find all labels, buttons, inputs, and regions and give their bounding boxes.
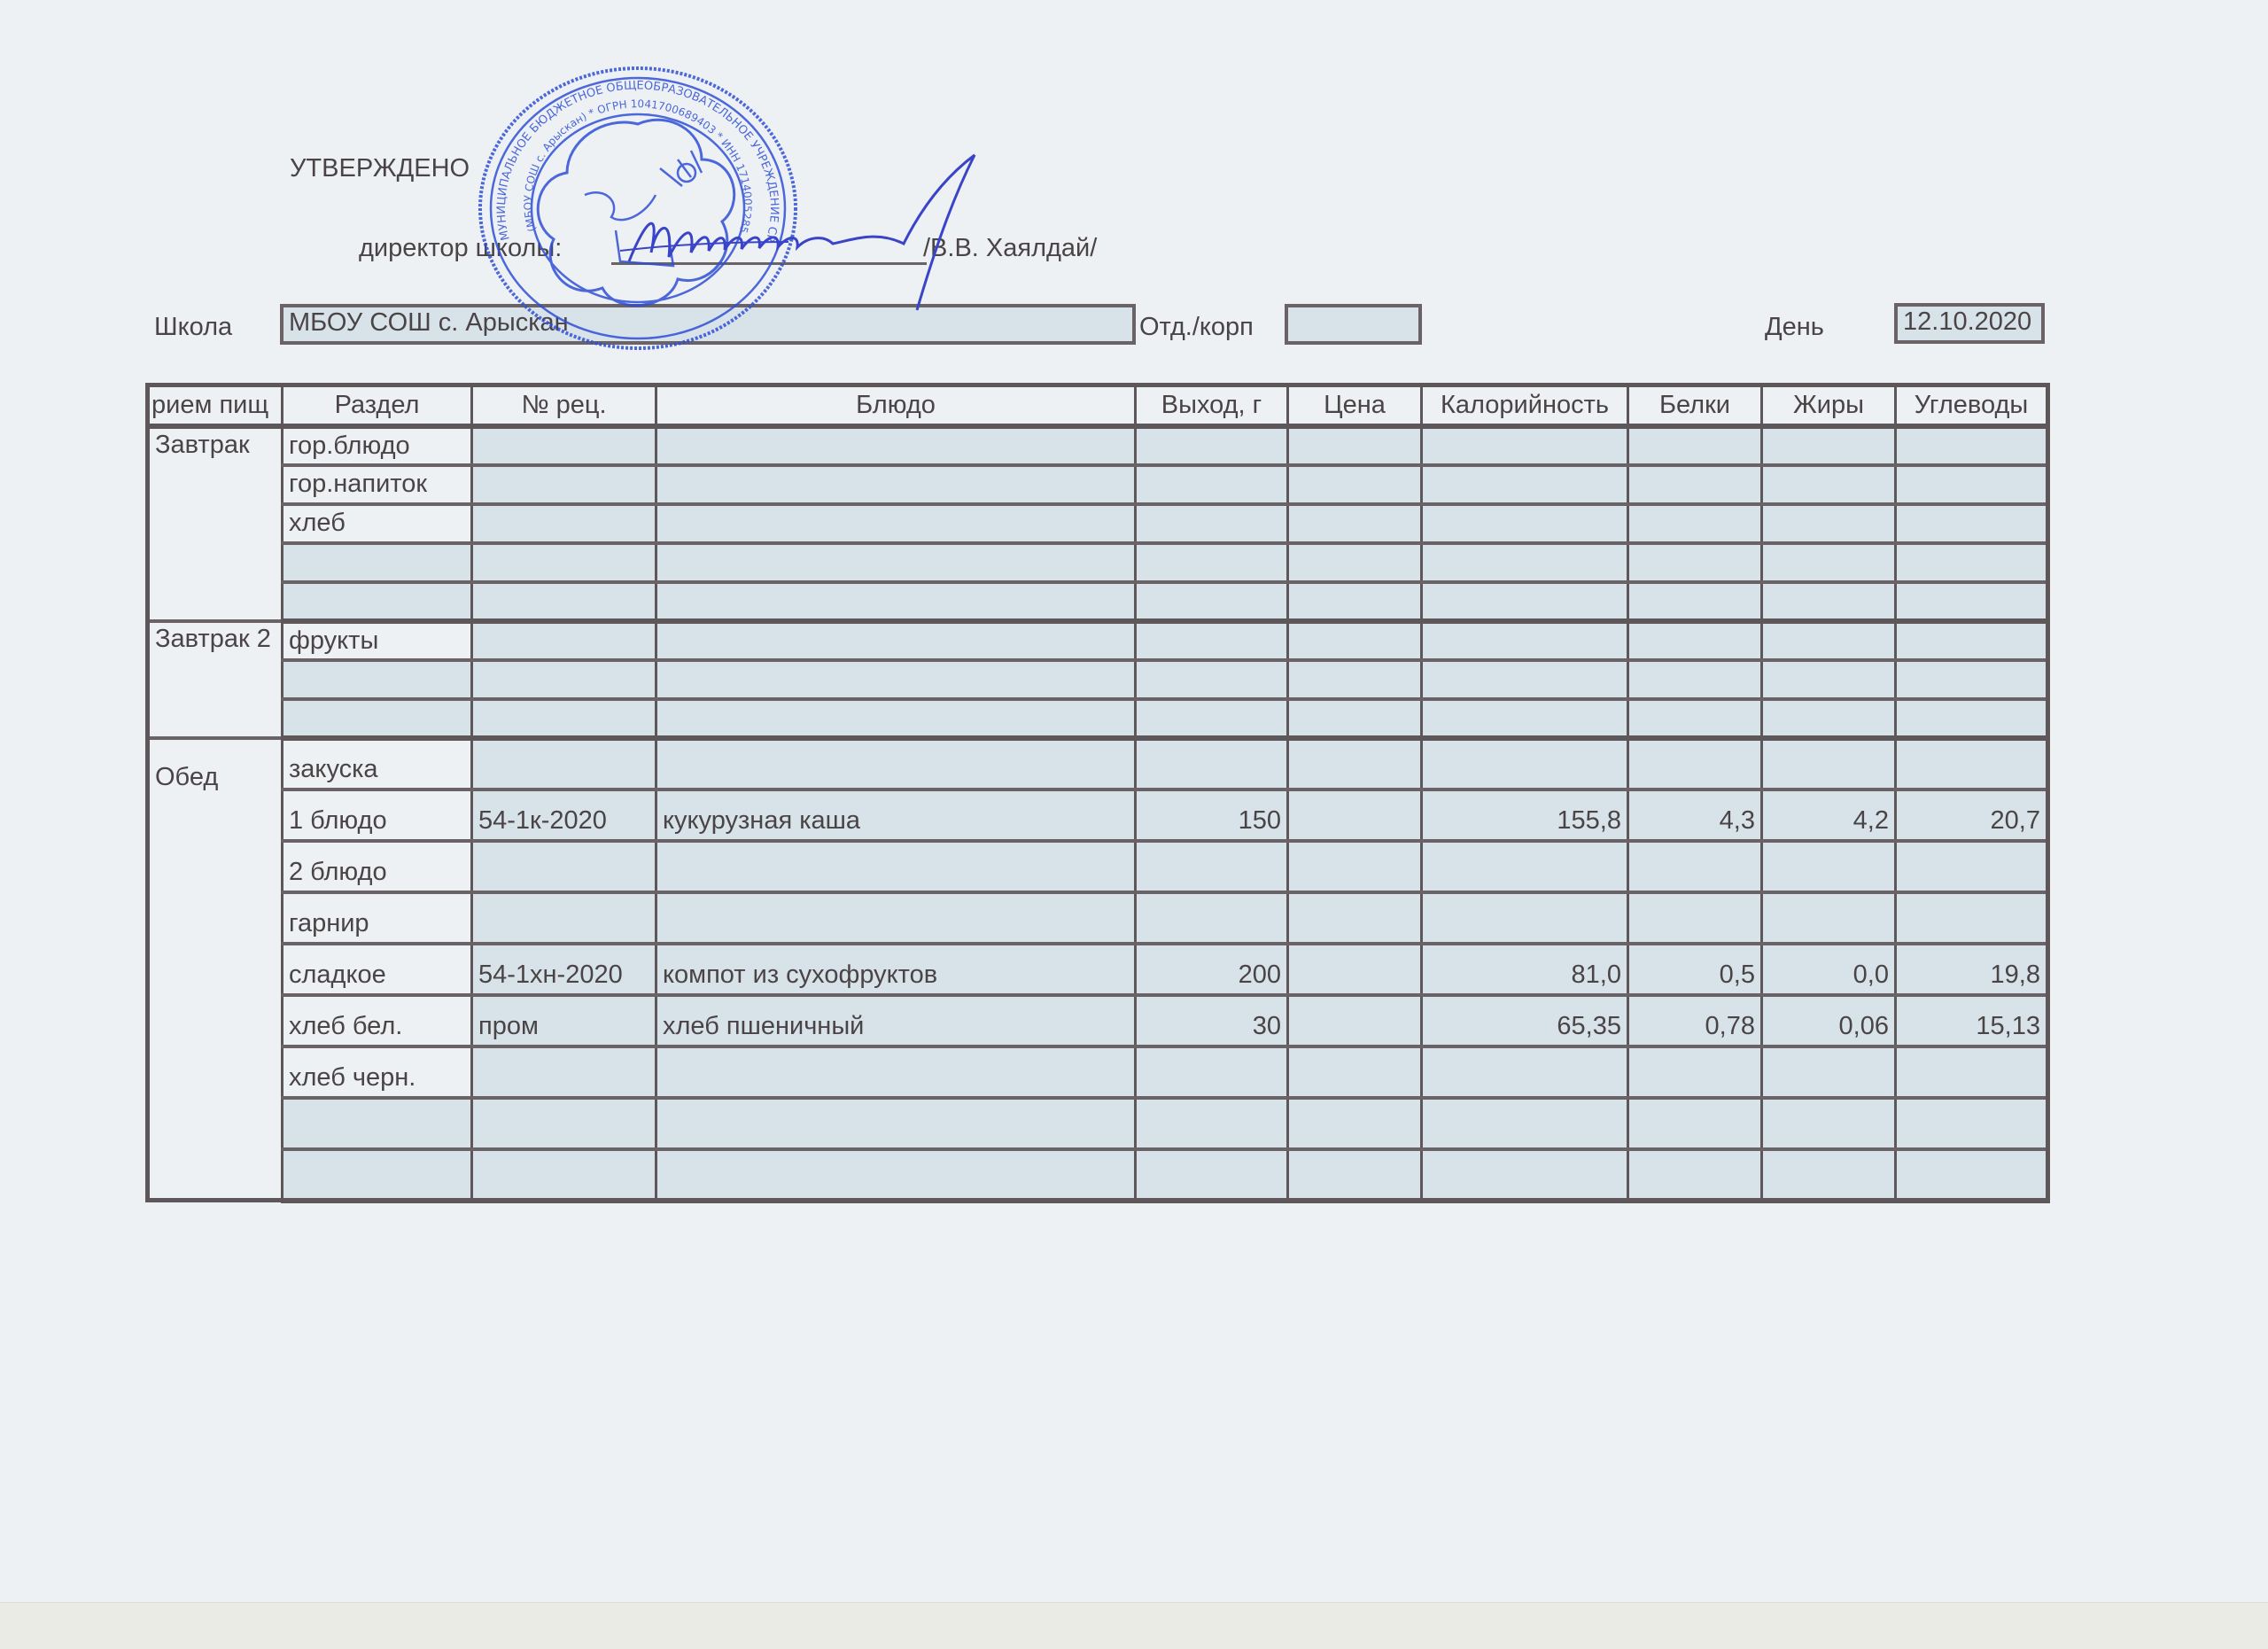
fat-cell[interactable] (1762, 738, 1896, 789)
carbs-cell[interactable]: 15,13 (1896, 995, 2048, 1046)
column-header: Калорийность (1422, 385, 1628, 426)
recipe-cell[interactable] (472, 582, 656, 621)
price-cell[interactable] (1288, 660, 1422, 699)
carbs-cell[interactable] (1896, 621, 2048, 660)
stamp-inner-text: (МБОУ СОШ с. Арыскан) * ОГРН 10417006894… (522, 97, 754, 235)
fat-cell[interactable] (1762, 1149, 1896, 1201)
recipe-cell[interactable] (472, 426, 656, 465)
price-cell[interactable] (1288, 504, 1422, 543)
protein-cell[interactable] (1628, 1046, 1762, 1098)
fat-cell[interactable]: 4,2 (1762, 789, 1896, 841)
table-header-row: рием пищРаздел№ рец.БлюдоВыход, гЦенаКал… (148, 385, 2048, 426)
yield-cell[interactable] (1136, 738, 1288, 789)
recipe-cell[interactable] (472, 841, 656, 892)
dish-cell[interactable] (656, 1149, 1136, 1201)
kcal-cell[interactable] (1422, 621, 1628, 660)
kcal-cell[interactable]: 81,0 (1422, 944, 1628, 995)
section-cell (283, 543, 472, 582)
recipe-cell[interactable] (472, 738, 656, 789)
kcal-cell[interactable] (1422, 465, 1628, 504)
section-cell: закуска (283, 738, 472, 789)
dish-cell[interactable] (656, 426, 1136, 465)
yield-cell[interactable] (1136, 621, 1288, 660)
fat-cell[interactable] (1762, 621, 1896, 660)
fat-cell[interactable] (1762, 426, 1896, 465)
kcal-cell[interactable]: 65,35 (1422, 995, 1628, 1046)
carbs-cell[interactable] (1896, 504, 2048, 543)
column-header: Углеводы (1896, 385, 2048, 426)
price-cell[interactable] (1288, 841, 1422, 892)
dish-cell[interactable] (656, 660, 1136, 699)
day-label: День (1765, 313, 1824, 342)
price-cell[interactable] (1288, 465, 1422, 504)
protein-cell[interactable] (1628, 582, 1762, 621)
yield-cell[interactable]: 150 (1136, 789, 1288, 841)
yield-cell[interactable] (1136, 426, 1288, 465)
school-field[interactable]: МБОУ СОШ с. Арыскан (280, 304, 1136, 345)
protein-cell[interactable]: 0,78 (1628, 995, 1762, 1046)
price-cell[interactable] (1288, 582, 1422, 621)
carbs-cell[interactable] (1896, 582, 2048, 621)
director-name: /В.В. Хаялдай/ (923, 234, 1097, 263)
meal-cell: Завтрак 2 (148, 621, 283, 738)
table-row: хлеб черн. (148, 1046, 2048, 1098)
kcal-cell[interactable] (1422, 738, 1628, 789)
approved-heading: УТВЕРЖДЕНО (290, 154, 470, 183)
price-cell[interactable] (1288, 1046, 1422, 1098)
fat-cell[interactable] (1762, 1098, 1896, 1149)
director-label: директор школы: (359, 234, 562, 263)
recipe-cell[interactable] (472, 621, 656, 660)
meal-cell: Обед (148, 738, 283, 1201)
table-row: 1 блюдо54-1к-2020кукурузная каша150155,8… (148, 789, 2048, 841)
table-row: гор.напиток (148, 465, 2048, 504)
dept-label: Отд./корп (1139, 313, 1254, 342)
stamp-outer-text: МУНИЦИПАЛЬНОЕ БЮДЖЕТНОЕ ОБЩЕОБРАЗОВАТЕЛЬ… (470, 62, 781, 243)
protein-cell[interactable] (1628, 1098, 1762, 1149)
table-row: гарнир (148, 892, 2048, 944)
price-cell[interactable] (1288, 1098, 1422, 1149)
kcal-cell[interactable] (1422, 660, 1628, 699)
protein-cell[interactable] (1628, 738, 1762, 789)
recipe-cell[interactable] (472, 1149, 656, 1201)
section-cell (283, 699, 472, 738)
price-cell[interactable] (1288, 892, 1422, 944)
kcal-cell[interactable] (1422, 543, 1628, 582)
yield-cell[interactable] (1136, 841, 1288, 892)
yield-cell[interactable] (1136, 582, 1288, 621)
recipe-cell[interactable] (472, 892, 656, 944)
dish-cell[interactable] (656, 699, 1136, 738)
table-row: хлеб (148, 504, 2048, 543)
protein-cell[interactable] (1628, 504, 1762, 543)
dish-cell[interactable] (656, 738, 1136, 789)
table-row: сладкое54-1хн-2020компот из сухофруктов2… (148, 944, 2048, 995)
column-header: Раздел (283, 385, 472, 426)
dish-cell[interactable] (656, 504, 1136, 543)
fat-cell[interactable] (1762, 699, 1896, 738)
recipe-cell[interactable]: пром (472, 995, 656, 1046)
section-cell: гор.напиток (283, 465, 472, 504)
carbs-cell[interactable] (1896, 426, 2048, 465)
dish-cell[interactable] (656, 465, 1136, 504)
recipe-cell[interactable] (472, 465, 656, 504)
svg-text:(МБОУ СОШ с. Арыскан) * ОГРН 1: (МБОУ СОШ с. Арыскан) * ОГРН 10417006894… (522, 97, 754, 235)
yield-cell[interactable] (1136, 543, 1288, 582)
section-cell: гор.блюдо (283, 426, 472, 465)
svg-text:МУНИЦИПАЛЬНОЕ БЮДЖЕТНОЕ ОБЩЕОБ: МУНИЦИПАЛЬНОЕ БЮДЖЕТНОЕ ОБЩЕОБРАЗОВАТЕЛЬ… (470, 62, 781, 243)
dish-cell[interactable] (656, 1046, 1136, 1098)
carbs-cell[interactable] (1896, 543, 2048, 582)
dish-cell[interactable]: кукурузная каша (656, 789, 1136, 841)
school-label: Школа (154, 313, 232, 342)
dept-field[interactable] (1285, 304, 1422, 345)
protein-cell[interactable] (1628, 1149, 1762, 1201)
kcal-cell[interactable] (1422, 841, 1628, 892)
protein-cell[interactable] (1628, 621, 1762, 660)
protein-cell[interactable]: 4,3 (1628, 789, 1762, 841)
recipe-cell[interactable] (472, 699, 656, 738)
yield-cell[interactable] (1136, 1149, 1288, 1201)
menu-table: рием пищРаздел№ рец.БлюдоВыход, гЦенаКал… (145, 383, 2050, 1203)
column-header: Блюдо (656, 385, 1136, 426)
yield-cell[interactable] (1136, 465, 1288, 504)
kcal-cell[interactable] (1422, 1046, 1628, 1098)
recipe-cell[interactable] (472, 1046, 656, 1098)
carbs-cell[interactable] (1896, 738, 2048, 789)
carbs-cell[interactable] (1896, 465, 2048, 504)
fat-cell[interactable] (1762, 841, 1896, 892)
section-cell: хлеб бел. (283, 995, 472, 1046)
fat-cell[interactable] (1762, 582, 1896, 621)
yield-cell[interactable] (1136, 504, 1288, 543)
carbs-cell[interactable] (1896, 1149, 2048, 1201)
carbs-cell[interactable] (1896, 841, 2048, 892)
recipe-cell[interactable]: 54-1хн-2020 (472, 944, 656, 995)
dish-cell[interactable] (656, 841, 1136, 892)
section-cell: 2 блюдо (283, 841, 472, 892)
yield-cell[interactable] (1136, 892, 1288, 944)
table-row (148, 1149, 2048, 1201)
fat-cell[interactable] (1762, 892, 1896, 944)
dish-cell[interactable] (656, 892, 1136, 944)
yield-cell[interactable] (1136, 699, 1288, 738)
carbs-cell[interactable] (1896, 1046, 2048, 1098)
protein-cell[interactable]: 0,5 (1628, 944, 1762, 995)
signature-icon (611, 146, 983, 315)
column-header: Белки (1628, 385, 1762, 426)
kcal-cell[interactable] (1422, 1149, 1628, 1201)
protein-cell[interactable] (1628, 543, 1762, 582)
fat-cell[interactable] (1762, 1046, 1896, 1098)
table-row (148, 699, 2048, 738)
protein-cell[interactable] (1628, 699, 1762, 738)
dish-cell[interactable] (656, 543, 1136, 582)
yield-cell[interactable]: 30 (1136, 995, 1288, 1046)
table-row: Завтракгор.блюдо (148, 426, 2048, 465)
column-header: Жиры (1762, 385, 1896, 426)
recipe-cell[interactable] (472, 1098, 656, 1149)
yield-cell[interactable] (1136, 660, 1288, 699)
meal-cell: Завтрак (148, 426, 283, 621)
carbs-cell[interactable] (1896, 892, 2048, 944)
protein-cell[interactable] (1628, 660, 1762, 699)
section-cell: хлеб черн. (283, 1046, 472, 1098)
section-cell: хлеб (283, 504, 472, 543)
table-row: хлеб бел.промхлеб пшеничный3065,350,780,… (148, 995, 2048, 1046)
table-row: Обедзакуска (148, 738, 2048, 789)
price-cell[interactable] (1288, 944, 1422, 995)
table-row (148, 1098, 2048, 1149)
fat-cell[interactable] (1762, 504, 1896, 543)
yield-cell[interactable] (1136, 1098, 1288, 1149)
section-cell (283, 660, 472, 699)
recipe-cell[interactable] (472, 504, 656, 543)
price-cell[interactable] (1288, 426, 1422, 465)
price-cell[interactable] (1288, 543, 1422, 582)
kcal-cell[interactable] (1422, 504, 1628, 543)
column-header: Цена (1288, 385, 1422, 426)
kcal-cell[interactable] (1422, 426, 1628, 465)
dish-cell[interactable]: хлеб пшеничный (656, 995, 1136, 1046)
section-cell (283, 1098, 472, 1149)
price-cell[interactable] (1288, 995, 1422, 1046)
price-cell[interactable] (1288, 738, 1422, 789)
yield-cell[interactable]: 200 (1136, 944, 1288, 995)
column-header: № рец. (472, 385, 656, 426)
table-row: Завтрак 2фрукты (148, 621, 2048, 660)
price-cell[interactable] (1288, 699, 1422, 738)
fat-cell[interactable] (1762, 465, 1896, 504)
dish-cell[interactable]: компот из сухофруктов (656, 944, 1136, 995)
section-cell: 1 блюдо (283, 789, 472, 841)
yield-cell[interactable] (1136, 1046, 1288, 1098)
kcal-cell[interactable] (1422, 892, 1628, 944)
price-cell[interactable] (1288, 621, 1422, 660)
dish-cell[interactable] (656, 621, 1136, 660)
section-cell (283, 582, 472, 621)
carbs-cell[interactable] (1896, 699, 2048, 738)
protein-cell[interactable] (1628, 892, 1762, 944)
section-cell (283, 1149, 472, 1201)
recipe-cell[interactable] (472, 543, 656, 582)
column-header: Выход, г (1136, 385, 1288, 426)
recipe-cell[interactable] (472, 660, 656, 699)
kcal-cell[interactable]: 155,8 (1422, 789, 1628, 841)
section-cell: фрукты (283, 621, 472, 660)
table-body: Завтракгор.блюдогор.напитокхлебЗавтрак 2… (148, 426, 2048, 1201)
carbs-cell[interactable]: 19,8 (1896, 944, 2048, 995)
recipe-cell[interactable]: 54-1к-2020 (472, 789, 656, 841)
protein-cell[interactable] (1628, 426, 1762, 465)
section-cell: гарнир (283, 892, 472, 944)
dish-cell[interactable] (656, 582, 1136, 621)
day-field[interactable]: 12.10.2020 (1894, 303, 2045, 344)
table-row: 2 блюдо (148, 841, 2048, 892)
fat-cell[interactable] (1762, 543, 1896, 582)
protein-cell[interactable] (1628, 841, 1762, 892)
table-row (148, 660, 2048, 699)
table-row (148, 543, 2048, 582)
carbs-cell[interactable]: 20,7 (1896, 789, 2048, 841)
carbs-cell[interactable] (1896, 660, 2048, 699)
kcal-cell[interactable] (1422, 699, 1628, 738)
price-cell[interactable] (1288, 789, 1422, 841)
signature-line (611, 262, 927, 265)
fat-cell[interactable]: 0,0 (1762, 944, 1896, 995)
fat-cell[interactable]: 0,06 (1762, 995, 1896, 1046)
fat-cell[interactable] (1762, 660, 1896, 699)
section-cell: сладкое (283, 944, 472, 995)
column-header: рием пищ (148, 385, 283, 426)
table-row (148, 582, 2048, 621)
kcal-cell[interactable] (1422, 1098, 1628, 1149)
price-cell[interactable] (1288, 1149, 1422, 1201)
dish-cell[interactable] (656, 1098, 1136, 1149)
kcal-cell[interactable] (1422, 582, 1628, 621)
protein-cell[interactable] (1628, 465, 1762, 504)
carbs-cell[interactable] (1896, 1098, 2048, 1149)
scan-bottom-edge (0, 1602, 2268, 1649)
